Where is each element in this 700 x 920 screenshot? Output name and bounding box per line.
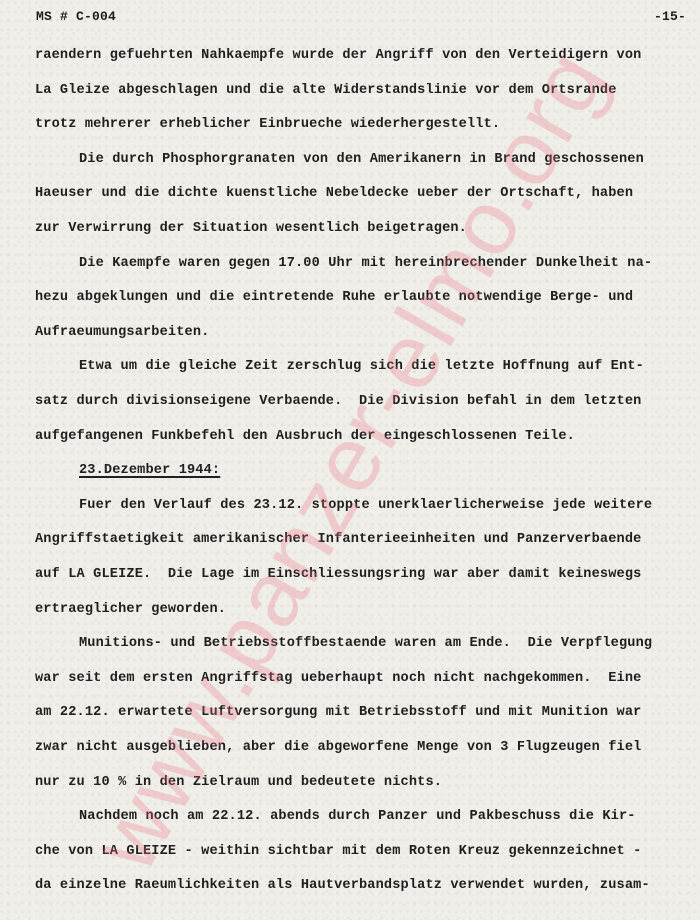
heading-date: 23.Dezember 1944: [79, 463, 220, 478]
text-line: am 22.12. erwartete Luftversorgung mit B… [35, 705, 641, 720]
text-line: Fuer den Verlauf des 23.12. stoppte uner… [79, 498, 652, 513]
text-line: Munitions- und Betriebsstoffbestaende wa… [79, 636, 652, 651]
text-line: zur Verwirrung der Situation wesentlich … [35, 221, 467, 236]
text-line: La Gleize abgeschlagen und die alte Wide… [35, 83, 617, 98]
text-line: Die durch Phosphorgranaten von den Ameri… [79, 152, 644, 167]
text-line: trotz mehrerer erheblicher Einbrueche wi… [35, 117, 500, 132]
text-line: ertraeglicher geworden. [35, 602, 226, 617]
document-id: MS # C-004 [36, 9, 116, 24]
text-line: Angriffstaetigkeit amerikanischer Infant… [35, 532, 641, 547]
text-line: Die Kaempfe waren gegen 17.00 Uhr mit he… [79, 256, 652, 271]
text-line: zwar nicht ausgeblieben, aber die abgewo… [35, 740, 641, 755]
text-line: raendern gefuehrten Nahkaempfe wurde der… [35, 48, 641, 63]
section-heading: 23.Dezember 1944: [79, 463, 220, 478]
text-line: hezu abgeklungen und die eintretende Ruh… [35, 290, 633, 305]
text-line: da einzelne Raeumlichkeiten als Hautverb… [35, 878, 650, 893]
text-line: nur zu 10 % in den Zielraum und bedeutet… [35, 775, 442, 790]
text-line: che von LA GLEIZE - weithin sichtbar mit… [35, 844, 641, 859]
text-line: Nachdem noch am 22.12. abends durch Panz… [79, 809, 636, 824]
page-number: -15- [654, 9, 686, 24]
text-line: auf LA GLEIZE. Die Lage im Einschliessun… [35, 567, 641, 582]
text-line: Haeuser und die dichte kuenstliche Nebel… [35, 186, 633, 201]
text-line: aufgefangenen Funkbefehl den Ausbruch de… [35, 429, 575, 444]
text-line: satz durch divisionseigene Verbaende. Di… [35, 394, 641, 409]
text-line: war seit dem ersten Angriffstag ueberhau… [35, 671, 641, 686]
text-line: Etwa um die gleiche Zeit zerschlug sich … [79, 359, 644, 374]
document-page: MS # C-004 -15- raendern gefuehrten Nahk… [0, 0, 700, 920]
text-line: Aufraeumungsarbeiten. [35, 325, 209, 340]
page-header: MS # C-004 -15- [36, 9, 686, 29]
